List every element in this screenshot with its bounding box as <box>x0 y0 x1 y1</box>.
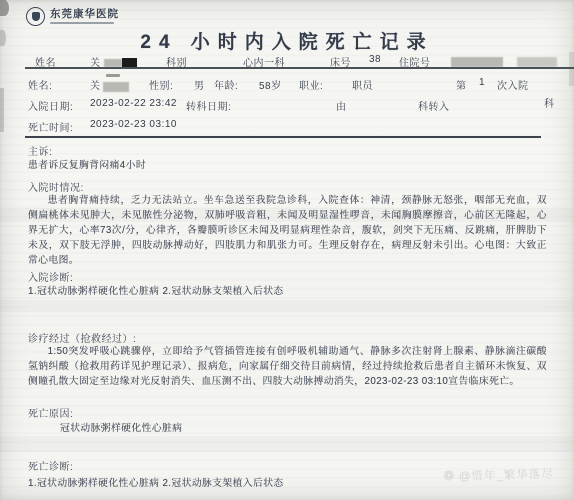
name-label: 姓名: <box>28 77 52 92</box>
scan-smudge <box>0 0 9 16</box>
occupation-value: 职员 <box>352 77 373 92</box>
admission-no-redaction <box>451 57 503 67</box>
bed-value: 38 <box>369 54 381 65</box>
chief-complaint-heading: 主诉: <box>28 143 52 158</box>
header-divider <box>25 67 574 69</box>
death-time-value: 2023-02-23 03:10 <box>90 119 177 130</box>
section-divider <box>25 136 541 138</box>
death-diagnosis-heading: 死亡诊断: <box>28 458 73 473</box>
admission-condition-text: 患者胸背痛持续，乏力无法站立。坐车急送至我院急诊科，入院查体：神清，颈静脉无怒张… <box>28 193 547 268</box>
name-value: 关 <box>90 77 101 92</box>
name-scribble <box>106 74 120 77</box>
death-cause-heading: 死亡原因: <box>28 405 73 420</box>
name-redaction-black <box>122 58 137 67</box>
from-label: 由 <box>336 98 347 113</box>
hospital-name-subtext <box>50 22 114 25</box>
death-diagnosis-text: 1.冠状动脉粥样硬化性心脏病 2.冠状动脉支架植入后状态 <box>28 476 284 491</box>
sex-label: 性别: <box>149 77 173 92</box>
scan-band <box>0 300 574 312</box>
treatment-course-heading: 诊疗经过（抢救经过）: <box>28 330 136 345</box>
ordinal-value: 1 <box>479 77 485 88</box>
death-time-label: 死亡时间: <box>28 119 73 134</box>
admission-diagnosis-heading: 入院诊断: <box>28 269 73 284</box>
age-value: 58岁 <box>259 77 282 92</box>
name-redaction <box>104 59 122 67</box>
hospital-name: 东莞康华医院 <box>50 9 119 20</box>
dept-suffix: 科 <box>544 95 555 110</box>
death-cause-text: 冠状动脉粥样硬化性心脏病 <box>60 421 182 436</box>
scan-smudge <box>0 88 4 132</box>
admission-condition-heading: 入院时情况: <box>28 179 84 194</box>
watermark: ❁ @惜年_繁华落尽 <box>443 465 554 485</box>
chief-complaint-text: 患者诉反复胸背闷痛4小时 <box>28 158 146 173</box>
ordinal-suffix: 次入院 <box>497 77 529 92</box>
transfer-date-label: 转科日期: <box>186 98 231 113</box>
medical-record-document: 东莞康华医院 24 小时内入院死亡记录 姓名 关 科别 心内一科 床号 38 住… <box>0 0 574 500</box>
ordinal-prefix: 第 <box>456 77 467 92</box>
name-redaction <box>103 82 129 92</box>
hospital-logo: 东莞康华医院 <box>26 7 119 26</box>
admission-diagnosis-text: 1.冠状动脉粥样硬化性心脏病 2.冠状动脉支架植入后状态 <box>28 284 284 299</box>
scan-smudge <box>569 52 574 86</box>
admit-date-label: 入院日期: <box>28 98 73 113</box>
watermark-text: @惜年_繁华落尽 <box>459 465 554 483</box>
scan-band <box>0 436 574 452</box>
hospital-logo-icon <box>26 7 45 26</box>
age-label: 年龄: <box>214 77 238 92</box>
transfer-in-label: 科转入 <box>418 98 450 113</box>
document-title: 24 小时内入院死亡记录 <box>0 27 574 54</box>
occupation-label: 职业: <box>299 77 323 92</box>
watermark-flower-icon: ❁ <box>443 467 456 484</box>
admit-date-value: 2023-02-22 23:42 <box>90 98 177 109</box>
admission-no-redaction <box>517 57 557 67</box>
treatment-course-text: 1:50突发呼吸心跳骤停，立即给予气管插管连接有创呼吸机辅助通气、静脉多次注射肾… <box>28 344 547 389</box>
sex-value: 男 <box>194 77 205 92</box>
